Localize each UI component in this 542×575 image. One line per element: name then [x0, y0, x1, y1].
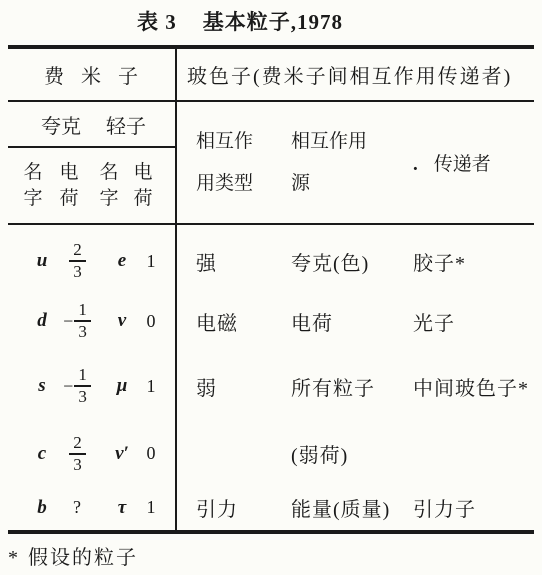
- interaction-headers: 相互作用类型 相互作用源 .传递者: [177, 102, 534, 223]
- interaction-source: 能量(质量): [291, 493, 413, 522]
- footnote: *假设的粒子: [8, 541, 138, 570]
- quark-symbol: c: [30, 443, 54, 465]
- bosons-header: 玻色子(费米子间相互作用传递者): [175, 60, 534, 89]
- table-row: b ? τ 1 引力 能量(质量) 引力子: [8, 486, 534, 529]
- quark-charge: −13: [54, 366, 100, 406]
- table-row: c 23 ν′ 0 (弱荷): [8, 421, 534, 486]
- fraction: 23: [69, 434, 86, 474]
- interaction-carrier: 中间玻色子*: [413, 372, 534, 401]
- particles-table: 费米子 玻色子(费米子间相互作用传递者) 夸克 轻子 名字 电荷 名字 电荷 相…: [8, 45, 534, 534]
- interaction-type: 弱: [196, 372, 291, 401]
- quark-charge: −13: [54, 301, 100, 341]
- quark-symbol: s: [30, 375, 54, 397]
- lepton-charge: 1: [138, 251, 164, 272]
- interaction-source: 所有粒子: [291, 372, 413, 401]
- fermions-header: 费米子: [8, 60, 175, 89]
- lepton-charge: 1: [138, 376, 164, 397]
- lepton-charge: 0: [138, 311, 164, 332]
- lepton-symbol: τ: [106, 497, 138, 519]
- fraction: 13: [74, 366, 91, 406]
- name-charge-headers: 名字 电荷 名字 电荷: [8, 148, 175, 223]
- table-row: s −13 μ 1 弱 所有粒子 中间玻色子*: [8, 351, 534, 421]
- quark-charge: ?: [54, 497, 100, 518]
- interaction-source-header: 相互作用源: [291, 121, 413, 205]
- lepton-symbol: e: [106, 250, 138, 272]
- quark-symbol: b: [30, 497, 54, 519]
- lepton-symbol: μ: [106, 375, 138, 397]
- fraction: 23: [69, 241, 86, 281]
- vertical-divider: [175, 49, 177, 530]
- asterisk-marker: *: [8, 547, 20, 569]
- quark-symbol: u: [30, 250, 54, 272]
- header-band-top: 费米子 玻色子(费米子间相互作用传递者): [8, 49, 534, 102]
- lepton-charge-header: 电荷: [132, 160, 154, 210]
- interaction-type: 强: [196, 247, 291, 276]
- lepton-symbol: ν′: [106, 443, 138, 465]
- table-row: d −13 ν 0 电磁 电荷 光子: [8, 291, 534, 351]
- interaction-type-header: 相互作用类型: [196, 121, 291, 205]
- interaction-source: 电荷: [291, 307, 413, 336]
- table-row: u 23 e 1 强 夸克(色) 胶子*: [8, 231, 534, 291]
- quark-header: 夸克: [41, 110, 81, 139]
- table-number: 表 3: [137, 10, 177, 34]
- interaction-carrier: 胶子*: [413, 247, 534, 276]
- interaction-carrier: 引力子: [413, 493, 534, 522]
- table-body: u 23 e 1 强 夸克(色) 胶子* d −13 ν 0: [8, 225, 534, 529]
- carrier-header: .传递者: [413, 149, 534, 176]
- interaction-type: 引力: [196, 493, 291, 522]
- table-title: 表 3基本粒子,1978: [0, 6, 480, 36]
- quark-charge: 23: [54, 434, 100, 474]
- lepton-name-header: 名字: [98, 160, 120, 210]
- interaction-source: (弱荷): [291, 439, 413, 468]
- interaction-type: 电磁: [196, 307, 291, 336]
- quark-charge: 23: [54, 241, 100, 281]
- lepton-header: 轻子: [106, 110, 146, 139]
- lepton-charge: 1: [138, 497, 164, 518]
- quark-charge-header: 电荷: [58, 160, 80, 210]
- quark-name-header: 名字: [22, 160, 44, 210]
- header-band-sub: 夸克 轻子 名字 电荷 名字 电荷 相互作用类型 相互作用源 .传递: [8, 102, 534, 225]
- footnote-text: 假设的粒子: [28, 547, 138, 569]
- interaction-carrier: 光子: [413, 307, 534, 336]
- quark-symbol: d: [30, 310, 54, 332]
- table-name: 基本粒子,1978: [203, 10, 343, 34]
- print-dot: .: [413, 154, 418, 175]
- interaction-source: 夸克(色): [291, 247, 413, 276]
- lepton-charge: 0: [138, 443, 164, 464]
- fermion-subheaders: 夸克 轻子 名字 电荷 名字 电荷: [8, 102, 177, 223]
- quark-lepton-header: 夸克 轻子: [8, 102, 175, 148]
- fraction: 13: [74, 301, 91, 341]
- lepton-symbol: ν: [106, 310, 138, 332]
